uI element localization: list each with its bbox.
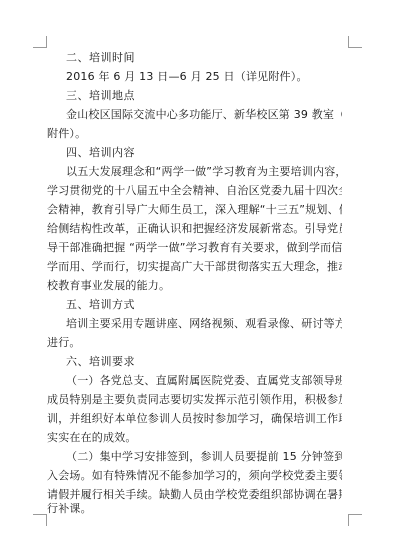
section-heading-requirements: 六、培训要求 <box>66 355 342 369</box>
section-heading-time: 二、培训时间 <box>66 51 342 65</box>
paragraph-line: 进行。 <box>47 336 342 350</box>
section-heading-content: 四、培训内容 <box>66 146 342 160</box>
paragraph-line: 金山校区国际交流中心多功能厅、新华校区第 39 教室（详见 <box>66 108 342 122</box>
paragraph-line: 给侧结构性改革，正确认识和把握经济发展新常态。引导党员领 <box>47 222 342 236</box>
paragraph-line: 行补课。 <box>47 502 342 516</box>
paragraph-line: 2016 年 6 月 13 日—6 月 25 日（详见附件）。 <box>66 70 342 84</box>
document-page: 二、培训时间 2016 年 6 月 13 日—6 月 25 日（详见附件）。 三… <box>0 0 394 557</box>
paragraph-line: 入会场。如有特殊情况不能参加学习的，须向学校党委主要领导 <box>47 469 342 483</box>
paragraph-line: 成员特别是主要负责同志要切实发挥示范引领作用，积极参加培 <box>47 393 342 407</box>
section-heading-method: 五、培训方式 <box>66 298 342 312</box>
paragraph-line: 导干部准确把握 “两学一做”学习教育有关要求，做到学而信、 <box>47 241 342 255</box>
paragraph-line: 训，并组织好本单位参训人员按时参加学习，确保培训工作取得 <box>47 412 342 426</box>
margin-corner-mark-bottom-right <box>348 514 362 526</box>
paragraph-line: 学习贯彻党的十八届五中全会精神、自治区党委九届十四次全委 <box>47 184 342 198</box>
paragraph-line: 校教育事业发展的能力。 <box>47 279 342 293</box>
margin-corner-mark-top-left <box>33 36 47 48</box>
paragraph-line: （二）集中学习安排签到，参训人员要提前 15 分钟签到后进 <box>66 450 342 464</box>
paragraph-line: 实实在在的成效。 <box>47 431 342 445</box>
paragraph-line: 以五大发展理念和“两学一做”学习教育为主要培训内容， <box>66 165 342 179</box>
margin-corner-mark-top-right <box>348 36 362 48</box>
margin-corner-mark-bottom-left <box>33 514 47 526</box>
paragraph-line: （一）各党总支、直属附属医院党委、直属党支部领导班子 <box>66 374 342 388</box>
paragraph-line: 请假并履行相关手续。缺勤人员由学校党委组织部协调在暑期进 <box>47 488 342 502</box>
paragraph-line: 会精神，教育引导广大师生员工，深入理解“十三五”规划、供 <box>47 203 342 217</box>
section-heading-location: 三、培训地点 <box>66 89 342 103</box>
paragraph-line: 培训主要采用专题讲座、网络视频、观看录像、研讨等方式 <box>66 317 342 331</box>
paragraph-line: 学而用、学而行，切实提高广大干部贯彻落实五大理念，推动学 <box>47 260 342 274</box>
paragraph-line: 附件）。 <box>47 127 342 141</box>
